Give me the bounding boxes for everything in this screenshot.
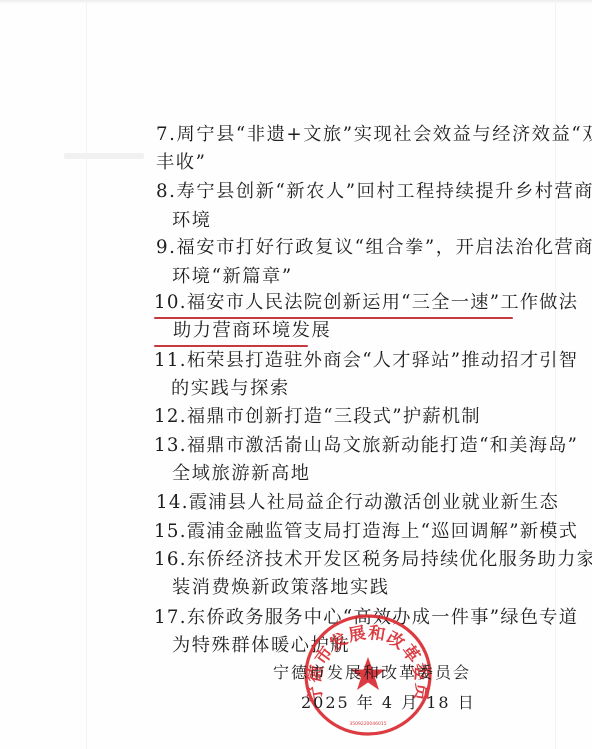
issuing-organization: 宁德市发展和改革委员会 (273, 662, 471, 684)
list-item-7-line-1: 7.周宁县“非遗+文旅”实现社会效益与经济效益“双 (156, 123, 592, 147)
list-item-11-line-2: 的实践与探索 (171, 377, 290, 401)
list-item-15-line-1: 15.霞浦金融监管支局打造海上“巡回调解”新模式 (154, 520, 578, 544)
scan-top-shadow (0, 0, 592, 4)
document-page: 7.周宁县“非遗+文旅”实现社会效益与经济效益“双 丰收” 8.寿宁县创新“新农… (0, 0, 592, 749)
list-item-16-line-1: 16.东侨经济技术开发区税务局持续优化服务助力家 (154, 548, 592, 572)
scan-artifact-line (86, 0, 87, 749)
list-item-10-line-1: 10.福安市人民法院创新运用“三全一速”工作做法 (154, 291, 578, 315)
list-item-9-line-2: 环境“新篇章” (172, 265, 293, 289)
list-item-13-line-1: 13.福鼎市激活嵛山岛文旅新动能打造“和美海岛” (154, 434, 578, 458)
list-item-8-line-1: 8.寿宁县创新“新农人”回村工程持续提升乡村营商 (156, 180, 592, 204)
list-item-14-line-1: 14.霞浦县人社局益企行动激活创业就业新生态 (156, 491, 559, 515)
list-item-7-line-2: 丰收” (156, 151, 206, 175)
list-item-9-line-1: 9.福安市打好行政复议“组合拳”，开启法治化营商 (156, 236, 592, 260)
list-item-11-line-1: 11.柘荣县打造驻外商会“人才驿站”推动招才引智 (154, 349, 578, 373)
svg-text:3509220046015: 3509220046015 (349, 721, 386, 727)
list-item-10-line-2: 助力营商环境发展 (173, 319, 331, 343)
list-item-12-line-1: 12.福鼎市创新打造“三段式”护薪机制 (154, 405, 481, 429)
list-item-8-line-2: 环境 (172, 209, 212, 233)
svg-text:宁德市发展和改革委员会: 宁德市发展和改革委员会 (302, 613, 432, 704)
scan-artifact-line (555, 0, 556, 749)
list-item-13-line-2: 全域旅游新高地 (172, 462, 311, 486)
highlight-underline (154, 345, 308, 347)
issue-date: 2025 年 4 月 18 日 (301, 692, 476, 714)
list-item-16-line-2: 装消费焕新政策落地实践 (172, 576, 390, 600)
scan-artifact-bleedthrough (64, 153, 144, 159)
